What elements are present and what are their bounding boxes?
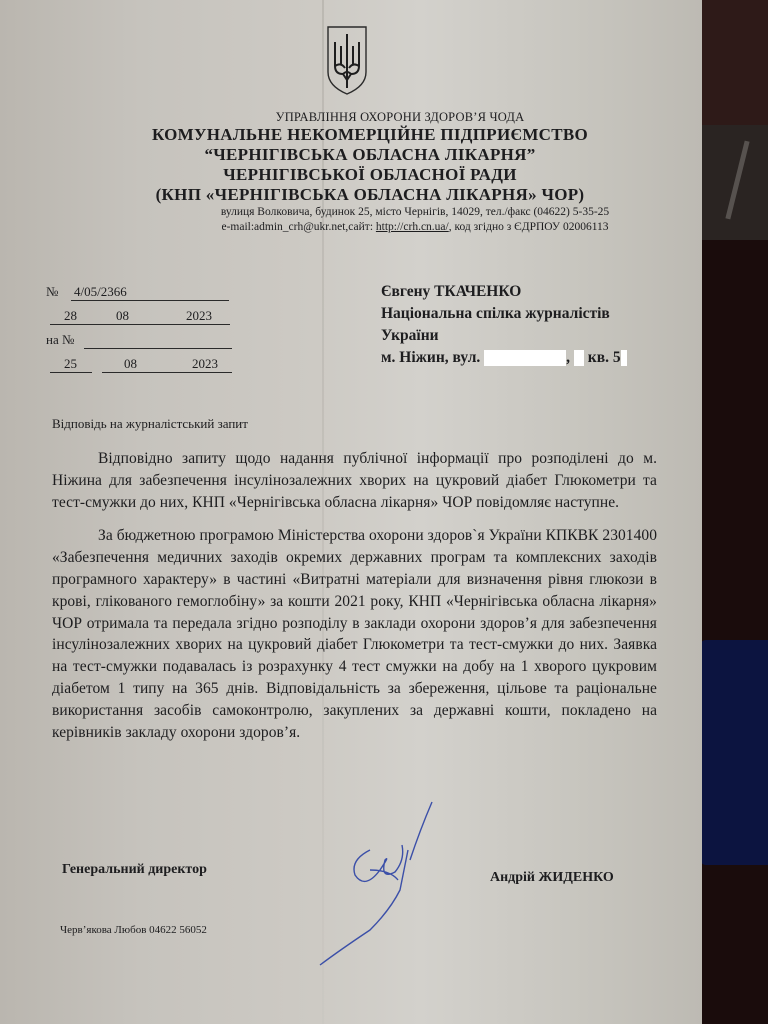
letter-page: УПРАВЛІННЯ ОХОРОНИ ЗДОРОВ’Я ЧОДА КОМУНАЛ… — [0, 0, 702, 1024]
org-edrpou: , код згідно з ЄДРПОУ 02006113 — [449, 221, 609, 233]
ref-date-month: 08 — [124, 356, 137, 372]
recipient-address-apt: кв. 5 — [588, 349, 621, 366]
ref-date-day: 25 — [64, 356, 77, 372]
outgoing-date-day: 28 — [64, 308, 77, 324]
recipient-address: м. Ніжин, вул. , кв. 5 — [381, 347, 627, 369]
org-website-link[interactable]: http://crh.cn.ua/ — [376, 221, 449, 233]
letterhead: УПРАВЛІННЯ ОХОРОНИ ЗДОРОВ’Я ЧОДА КОМУНАЛ… — [100, 110, 640, 235]
outgoing-number: 4/05/2366 — [74, 284, 127, 300]
org-email: e-mail:admin_crh@ukr.net,сайт: — [221, 221, 375, 233]
redacted-street — [484, 350, 566, 366]
redacted-house — [574, 350, 584, 366]
recipient-block: Євгену ТКАЧЕНКО Національна спілка журна… — [381, 281, 627, 369]
signatory-role: Генеральний директор — [62, 862, 207, 878]
ref-number-label: на № — [46, 332, 74, 348]
background-blue-object — [700, 640, 768, 865]
recipient-address-city: м. Ніжин, вул. — [381, 349, 480, 366]
org-name-line-3: ЧЕРНІГІВСЬКОЇ ОБЛАСНОЇ РАДИ — [100, 165, 640, 185]
registration-block: № 4/05/2366 28 08 2023 на № 25 08 2023 — [46, 282, 246, 378]
body-paragraph-2: За бюджетною програмою Міністерства охор… — [52, 525, 657, 743]
org-name-line-1: КОМУНАЛЬНЕ НЕКОМЕРЦІЙНЕ ПІДПРИЄМСТВО — [100, 125, 640, 145]
org-name-line-2: “ЧЕРНІГІВСЬКА ОБЛАСНА ЛІКАРНЯ” — [100, 145, 640, 165]
recipient-name: Євгену ТКАЧЕНКО — [381, 281, 627, 303]
number-label: № — [46, 284, 58, 300]
ref-date-year: 2023 — [192, 356, 218, 372]
org-contacts: e-mail:admin_crh@ukr.net,сайт: http://cr… — [190, 220, 640, 235]
letter-body: Відповідно запиту щодо надання публічної… — [52, 448, 657, 743]
org-name-line-4: (КНП «ЧЕРНІГІВСЬКА ОБЛАСНА ЛІКАРНЯ» ЧОР) — [100, 185, 640, 205]
recipient-address-sep: , — [566, 349, 570, 366]
handwritten-signature — [310, 800, 450, 970]
signatory-name: Андрій ЖИДЕНКО — [490, 870, 614, 886]
recipient-org-line-1: Національна спілка журналістів — [381, 303, 627, 325]
org-address: вулиця Волковича, будинок 25, місто Черн… — [190, 205, 640, 220]
outgoing-date-year: 2023 — [186, 308, 212, 324]
recipient-org-line-2: України — [381, 325, 627, 347]
outgoing-date-month: 08 — [116, 308, 129, 324]
background-top — [700, 0, 768, 125]
body-paragraph-1: Відповідно запиту щодо надання публічної… — [52, 448, 657, 513]
tryzub-coat-of-arms-icon — [325, 24, 369, 96]
department-name: УПРАВЛІННЯ ОХОРОНИ ЗДОРОВ’Я ЧОДА — [160, 110, 640, 125]
letter-subject: Відповідь на журналістський запит — [52, 416, 248, 432]
executor-contact: Черв’якова Любов 04622 56052 — [60, 924, 207, 936]
redacted-apt-digit — [621, 350, 627, 366]
